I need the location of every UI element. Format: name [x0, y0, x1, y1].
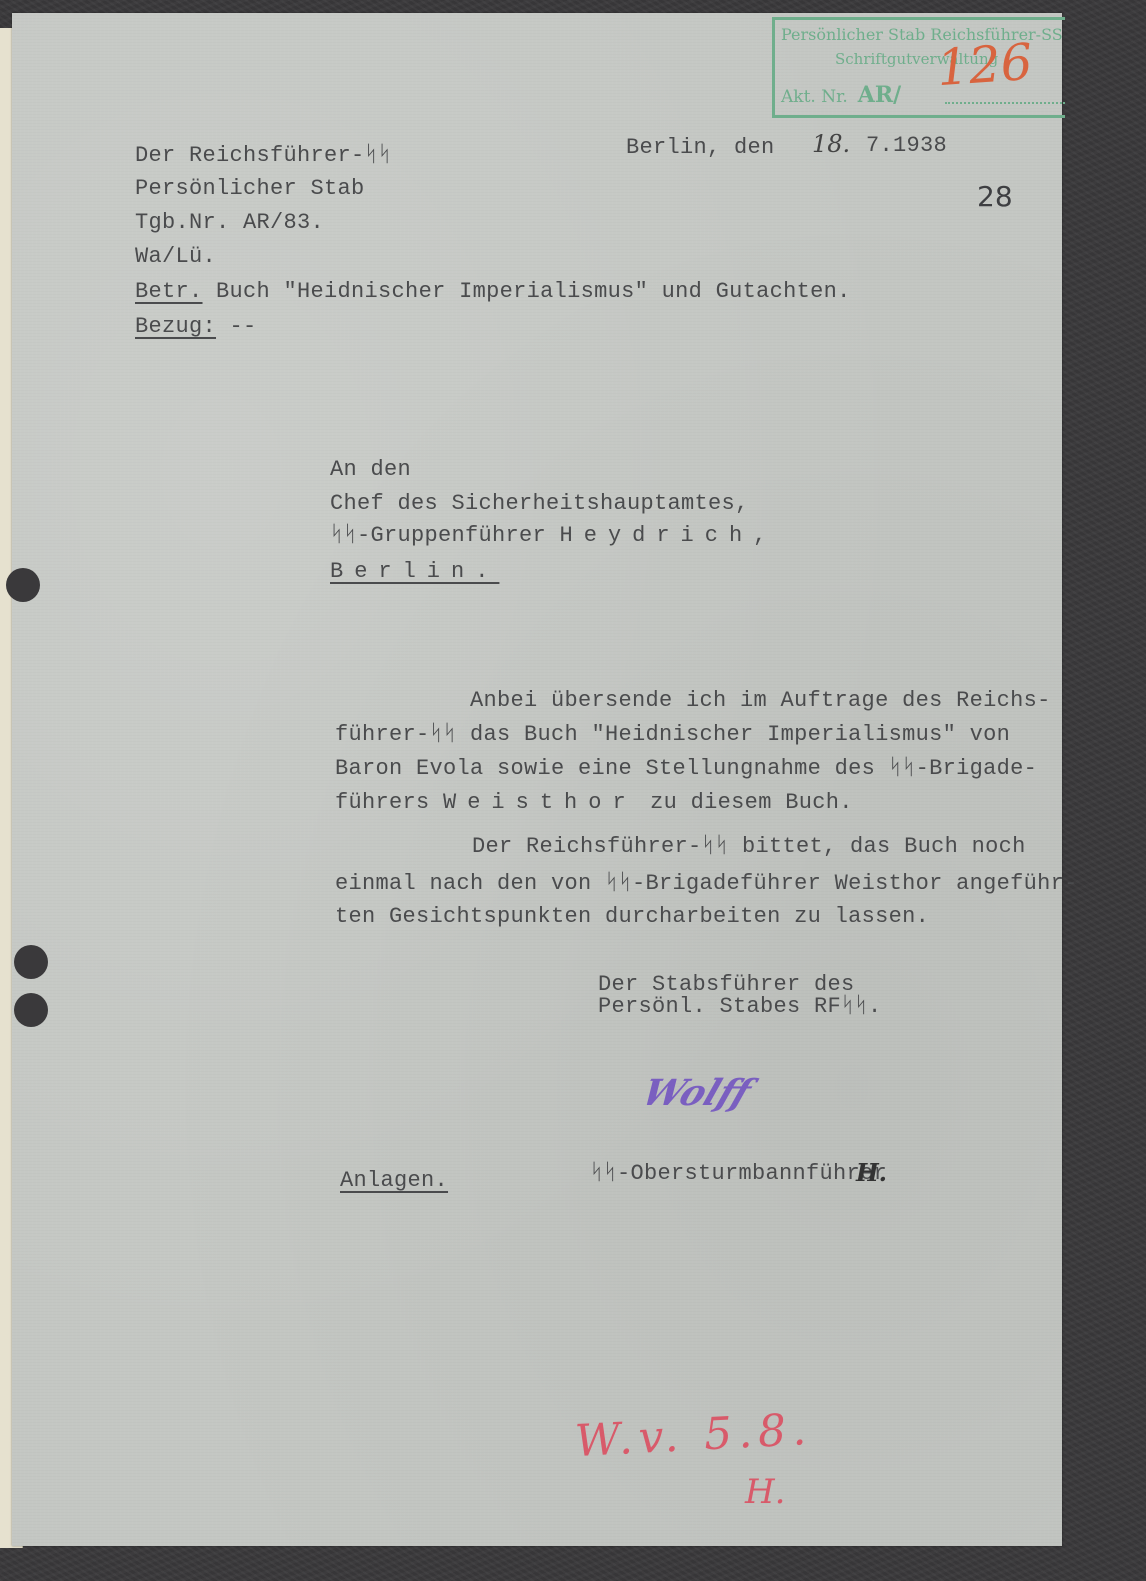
- body-p1-line-4: führers Weisthor zu diesem Buch.: [335, 792, 853, 814]
- recipient-line-1: An den: [330, 459, 411, 481]
- reference-label: Bezug:: [135, 314, 216, 339]
- body-p1-name: Weisthor: [443, 790, 637, 815]
- body-p1-line-3: Baron Evola sowie eine Stellungnahme des…: [335, 758, 1037, 780]
- sender-line-1: Der Reichsführer-ᛋᛋ: [135, 145, 392, 167]
- recipient-name: Heydrich,: [560, 523, 778, 548]
- punch-hole: [14, 993, 48, 1027]
- reference-line: Bezug: --: [135, 316, 257, 338]
- subject-text: Buch "Heidnischer Imperialismus" und Gut…: [216, 279, 851, 304]
- stamp-file-number: Akt. Nr.AR/: [781, 82, 901, 108]
- punch-hole: [14, 945, 48, 979]
- handwritten-annotation-2: H.: [745, 1472, 785, 1512]
- recipient-line-2: Chef des Sicherheitshauptamtes,: [330, 493, 749, 515]
- stamp-prefix: AR/: [858, 82, 901, 108]
- enclosures-label: Anlagen.: [340, 1170, 448, 1192]
- body-p2-line-3: ten Gesichtspunkten durcharbeiten zu las…: [335, 906, 929, 928]
- body-p1-suffix: zu diesem Buch.: [650, 790, 853, 815]
- closing-line-1: Der Stabsführer des: [598, 974, 855, 996]
- stamp-dotted-line: [945, 102, 1065, 104]
- sender-line-2: Persönlicher Stab: [135, 178, 365, 200]
- date-month-year: 7.1938: [866, 135, 947, 157]
- handwritten-day: 18.: [812, 130, 850, 158]
- stamp-label: Akt. Nr.: [781, 87, 848, 107]
- subject-line: Betr. Buch "Heidnischer Imperialismus" u…: [135, 281, 851, 303]
- page-number: 28: [977, 180, 1013, 213]
- closing-line-2: Persönl. Stabes RFᛋᛋ.: [598, 996, 882, 1018]
- body-p1-prefix: führers: [335, 790, 430, 815]
- reference-text: --: [230, 314, 257, 339]
- body-p1-line-2: führer-ᛋᛋ das Buch "Heidnischer Imperial…: [335, 724, 1010, 746]
- subject-label: Betr.: [135, 279, 203, 304]
- recipient-city: Berlin.: [330, 561, 499, 583]
- diary-number: Tgb.Nr. AR/83.: [135, 212, 324, 234]
- rank-handmark: H.: [856, 1158, 887, 1187]
- recipient-line-3: ᛋᛋ-Gruppenführer Heydrich,: [330, 525, 777, 547]
- stamp-handwritten-number: 126: [935, 33, 1034, 98]
- body-p1-line-1: Anbei übersende ich im Auftrage des Reic…: [470, 690, 1051, 712]
- body-p2-line-2: einmal nach den von ᛋᛋ-Brigadeführer Wei…: [335, 873, 1078, 895]
- closing-rank: ᛋᛋ-Obersturmbannführer: [590, 1163, 887, 1185]
- body-p2-line-1: Der Reichsführer-ᛋᛋ bittet, das Buch noc…: [472, 836, 1026, 858]
- punch-hole: [6, 568, 40, 602]
- initials: Wa/Lü.: [135, 246, 216, 268]
- recipient-rank: ᛋᛋ-Gruppenführer: [330, 523, 546, 548]
- signature: Wolff: [636, 1072, 756, 1114]
- place-date-prefix: Berlin, den: [626, 137, 775, 159]
